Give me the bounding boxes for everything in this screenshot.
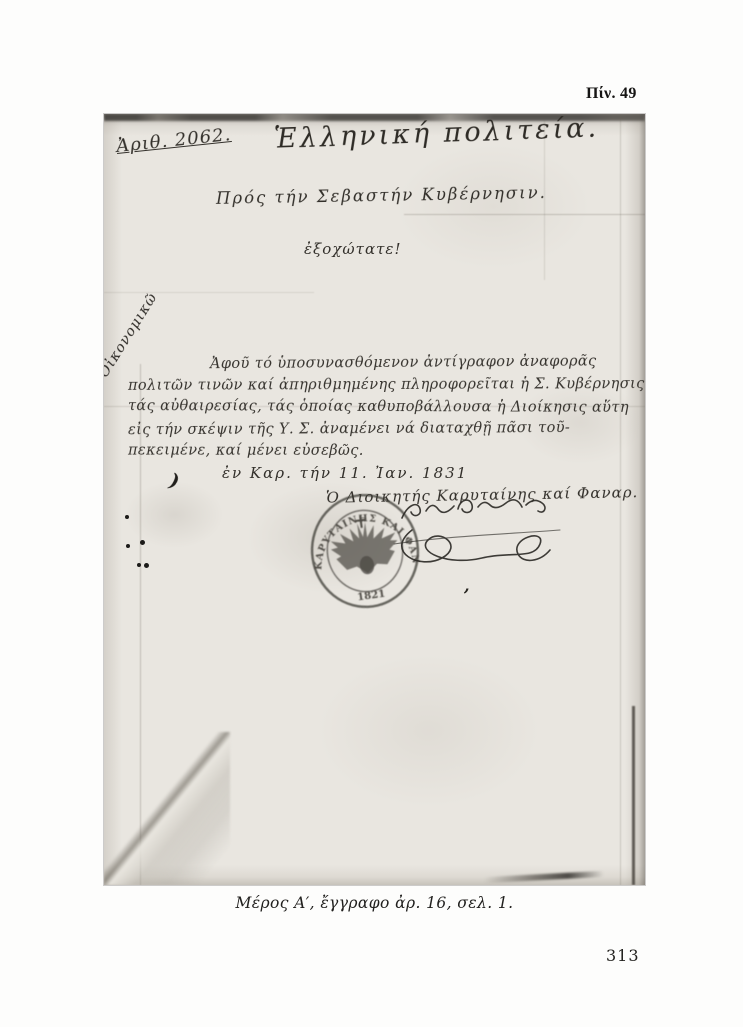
body-line: Ἀφοῦ τό ὑποσυνασθόμενον ἀντίγραφον ἀναφο… <box>128 350 633 376</box>
body-line: εἰς τήν σκέψιν τῆς Υ. Σ. ἀναμένει νά δια… <box>128 417 633 442</box>
registry-number: Ἀριθ. 2062. <box>115 124 232 157</box>
salutation: ἐξοχώτατε! <box>304 240 401 258</box>
ink-dot <box>140 540 145 545</box>
right-edge-shadow <box>632 706 635 885</box>
signature-loop-stroke <box>402 530 550 562</box>
address-line: Πρός τήν Σεβαστήν Κυβέρνησιν. <box>216 183 547 208</box>
book-page: { "page": { "plate_label": "Πίν. 49", "c… <box>0 0 743 1027</box>
page-number: 313 <box>606 946 666 965</box>
bottom-edge-smudge <box>484 871 604 883</box>
horizontal-crease-line <box>104 292 314 293</box>
signature-underline-stroke <box>394 530 560 544</box>
dogear-fold-crease <box>104 732 230 885</box>
horizontal-crease-line <box>404 214 645 215</box>
ink-dot <box>126 544 130 548</box>
date-line: ἐν Καρ. τήν 11. Ἰαν. 1831 <box>222 464 468 482</box>
letter-body: Ἀφοῦ τό ὑποσυνασθόμενον ἀντίγραφον ἀναφο… <box>128 352 633 462</box>
ink-mark: ) <box>167 469 181 493</box>
scanned-document-photo: Ἀριθ. 2062. Ἑλληνική πολιτεία. Πρός τήν … <box>104 114 645 885</box>
seal-year: 1821 <box>356 587 386 603</box>
body-line: πολιτῶν τινῶν καί ἀπηριθμημένης πληροφορ… <box>128 373 633 397</box>
signature-graphic <box>388 496 568 578</box>
body-line: τάς αὐθαιρεσίας, τάς ὁποίας καθυποβάλλου… <box>128 395 633 419</box>
body-line: πεκειμένε, καί μένει εὐσεβῶς. <box>128 440 633 463</box>
ink-dot <box>125 515 129 519</box>
plate-label: Πίν. 49 <box>586 85 666 103</box>
ink-dot <box>144 563 149 568</box>
signature-flourish <box>388 496 568 578</box>
plate-caption: Μέρος Α′, ἔγγραφο ἀρ. 16, σελ. 1. <box>104 894 645 912</box>
ink-mark: , <box>464 576 470 595</box>
signature-letters-stroke <box>402 500 545 518</box>
ink-dot <box>137 563 141 567</box>
